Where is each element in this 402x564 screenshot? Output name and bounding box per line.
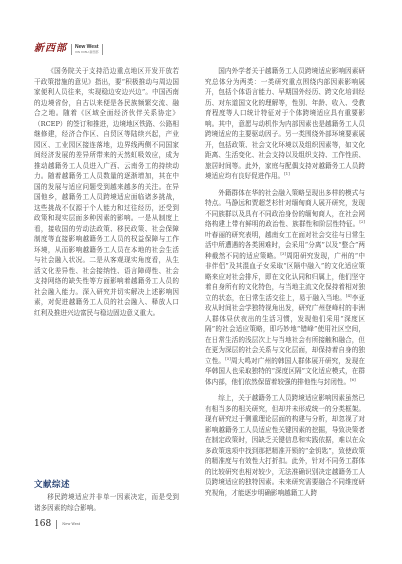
- citation-marker: [1]: [284, 171, 290, 176]
- header-divider-right: [102, 44, 103, 55]
- brand-subtitle: XIN XI BU 新西部: [75, 50, 99, 54]
- page-header: 新西部 New West XIN XI BU 新西部: [34, 42, 103, 56]
- citation-marker: [2]: [359, 219, 365, 224]
- right-column: 国内外学者关于越籍务工人员跨境适应影响因素研究总体分为两类：一类研究重点围绕内部…: [205, 66, 365, 498]
- brand-block: New West XIN XI BU 新西部: [75, 44, 99, 54]
- paragraph-text: 国内外学者关于越籍务工人员跨境适应影响因素研究总体分为两类：一类研究重点围绕内部…: [205, 67, 365, 180]
- paragraph-text: 综上，关于越籍务工人员跨境适应影响因素虽然已有相当多的相关研究，但却并未形成统一…: [205, 394, 365, 497]
- magazine-logo: 新西部: [34, 42, 67, 56]
- paragraph-text: 李亚玫从时间社会学独特视角出发，研究广州登峰村的非洲人群体昼伏夜出的生活习惯，发…: [205, 294, 365, 365]
- citation-marker: [6]: [350, 376, 356, 381]
- body-paragraph: 《国务院关于支持沿边重点地区开发开放若干政策措施的意见》指出，要“积极推动与周边…: [34, 66, 179, 318]
- body-paragraph: 国内外学者关于越籍务工人员跨境适应影响因素研究总体分为两类：一类研究重点围绕内部…: [205, 66, 365, 182]
- section-paragraph: 移民跨境适应并非单一因素决定，而是受到诸多因素的综合影响。: [34, 492, 179, 513]
- page-footer: 168 New West: [34, 519, 80, 529]
- page-number: 168: [34, 519, 51, 529]
- footer-brand: New West: [62, 522, 80, 526]
- footer-divider: [56, 520, 57, 529]
- paragraph-text: 周大鸣对广州的韩国人群体展开研究，发现在华韩国人也采取独特的“深度区隔”文化适应…: [205, 357, 365, 386]
- left-column: 《国务院关于支持沿边重点地区开发开放若干政策措施的意见》指出，要“积极推动与周边…: [34, 66, 179, 318]
- body-paragraph: 外籍群体在华的社会融入策略呈现出多样的模式与特点。马静远和贾超芝杉针对缅甸商人展…: [205, 188, 365, 388]
- paragraph-text: 外籍群体在华的社会融入策略呈现出多样的模式与特点。马静远和贾超芝杉针对缅甸商人展…: [205, 189, 365, 229]
- body-paragraph: 综上，关于越籍务工人员跨境适应影响因素虽然已有相当多的相关研究，但却并未形成统一…: [205, 393, 365, 498]
- header-divider: [71, 44, 72, 55]
- section-heading: 文献综述: [34, 478, 70, 490]
